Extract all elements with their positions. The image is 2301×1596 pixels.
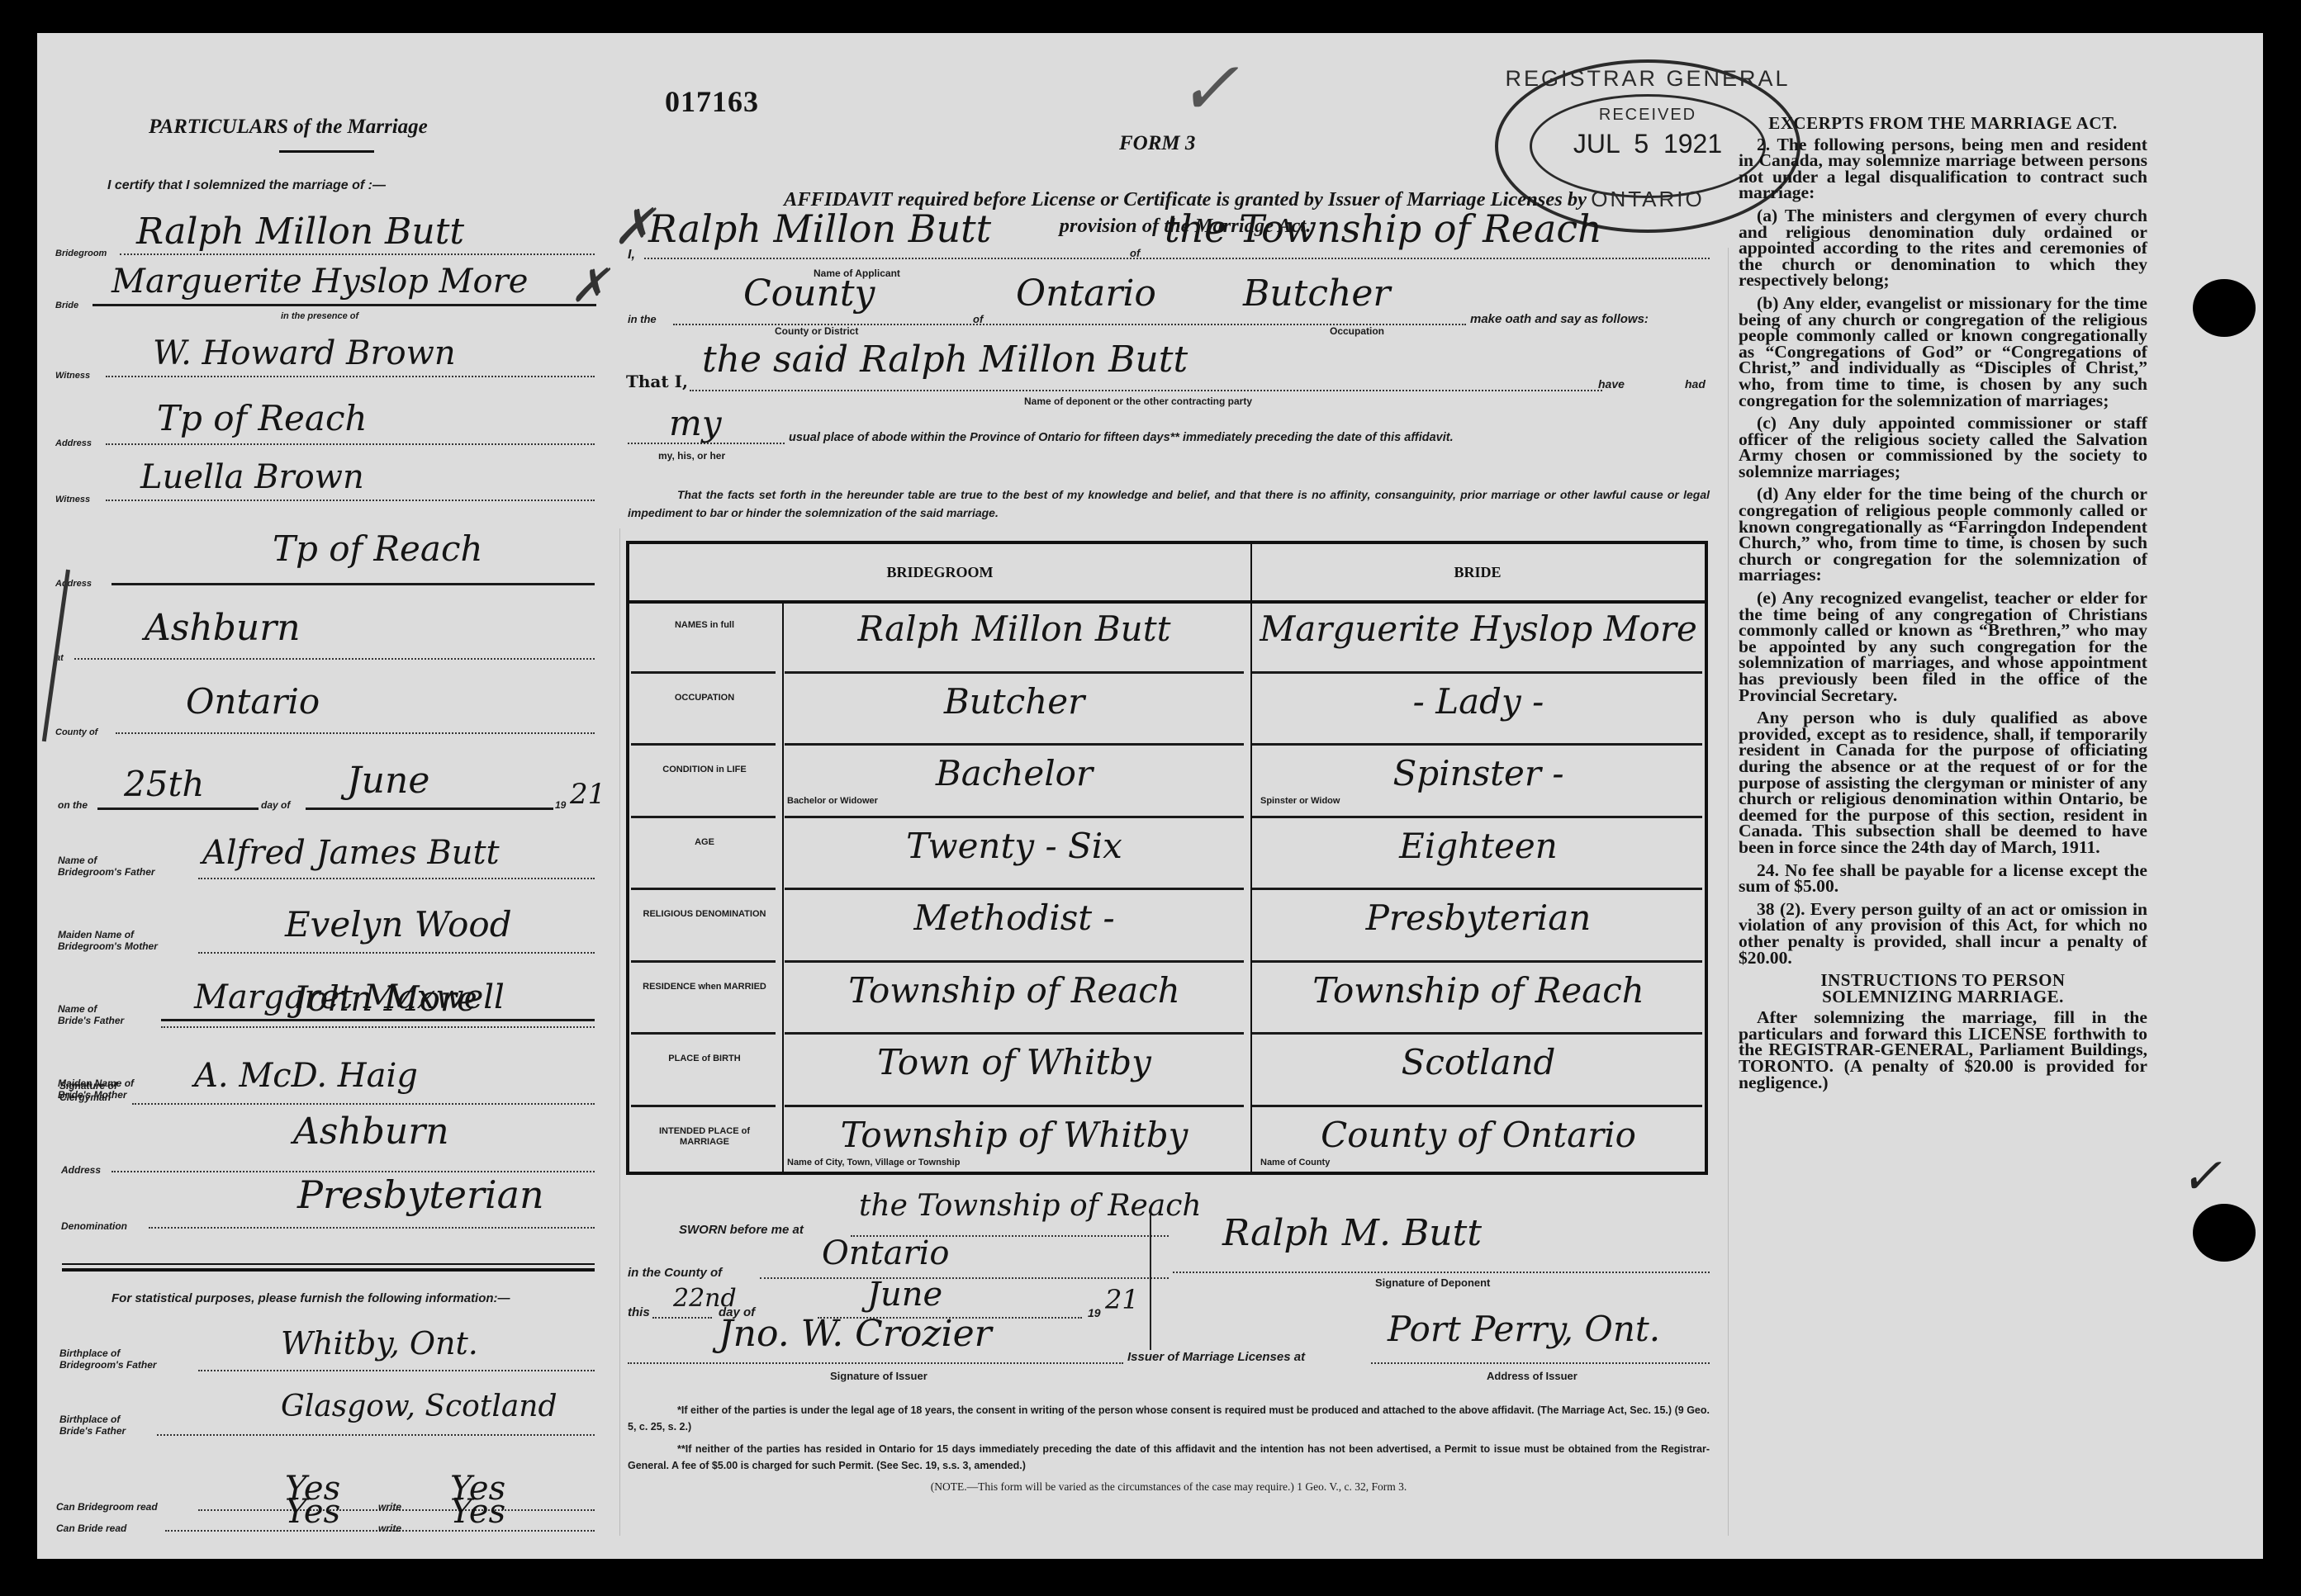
table-row-rule	[785, 816, 1244, 818]
occupation-sublabel: Occupation	[1330, 326, 1384, 337]
applicant-place[interactable]: the Township of Reach	[1165, 206, 1602, 251]
issuer-signature[interactable]: Jno. W. Crozier	[719, 1313, 992, 1355]
denomination-line	[149, 1227, 595, 1229]
deponent-line	[690, 390, 1602, 391]
issuer-signature-line	[628, 1362, 1123, 1364]
table-row-rule	[1252, 743, 1702, 746]
bride-read-value[interactable]: Yes	[285, 1493, 340, 1531]
label-col-divider	[782, 604, 784, 1172]
day-of-label: day of	[261, 799, 290, 811]
bridegroom-label: Bridegroom	[55, 248, 107, 259]
issuer-address[interactable]: Port Perry, Ont.	[1388, 1309, 1660, 1349]
applicant-name[interactable]: Ralph Millon Butt	[648, 206, 991, 251]
form-label: FORM 3	[1119, 132, 1195, 155]
table-row-rule	[631, 743, 776, 746]
stat-groom-father-label2: Bridegroom's Father	[59, 1359, 157, 1371]
sworn-county[interactable]: Ontario	[822, 1234, 949, 1272]
double-rule-thick	[62, 1268, 595, 1272]
check-mark-top: ✓	[1177, 45, 1239, 132]
stamp-top-text: REGISTRAR GENERAL	[1498, 66, 1797, 92]
table-cell-groom[interactable]: Butcher	[791, 681, 1237, 722]
address1-label: Address	[55, 438, 92, 449]
table-row-rule	[1252, 1105, 1702, 1107]
stat-bride-father-line	[157, 1434, 595, 1436]
groom-father-label: Name ofBridegroom's Father	[58, 855, 155, 878]
title-rule	[279, 150, 374, 153]
table-cell-bride[interactable]: County of Ontario	[1255, 1115, 1701, 1155]
header-rule	[629, 600, 1705, 604]
address2-value[interactable]: Tp of Reach	[273, 528, 483, 569]
groom-mother-label: Maiden Name ofBridegroom's Mother	[58, 929, 158, 952]
left-column-divider	[619, 528, 620, 1536]
table-row-rule	[785, 671, 1244, 674]
stat-groom-father-line	[198, 1370, 595, 1371]
table-hint-groom: Name of City, Town, Village or Township	[787, 1158, 960, 1168]
table-hint-bride: Name of County	[1260, 1158, 1330, 1168]
deponent-signature-line	[1173, 1272, 1710, 1273]
particulars-title: PARTICULARS of the Marriage	[149, 116, 428, 139]
deponent-signature[interactable]: Ralph M. Butt	[1222, 1212, 1482, 1254]
certify-text: I certify that I solemnized the marriage…	[107, 180, 386, 192]
witness2-label: Witness	[55, 494, 90, 505]
issuer-address-line	[1371, 1362, 1710, 1364]
bride-father-label1: Name of	[58, 1003, 124, 1015]
table-row-label: RESIDENCE when MARRIED	[643, 982, 766, 992]
footnote-note: (NOTE.—This form will be varied as the c…	[628, 1480, 1710, 1494]
table-row-rule	[1252, 816, 1702, 818]
clergyman-label: Signature ofClergyman	[59, 1080, 117, 1103]
address1-value[interactable]: Tp of Reach	[157, 398, 368, 438]
table-row-rule	[785, 1105, 1244, 1107]
right-column-divider	[1728, 248, 1729, 1536]
header-divider	[1250, 544, 1252, 600]
applicant-of-label: of	[1130, 248, 1140, 259]
groom-mother-line	[198, 952, 595, 954]
county-line	[116, 732, 595, 734]
table-row-rule	[1252, 1032, 1702, 1035]
form-number: 017163	[665, 84, 759, 119]
punch-hole-bottom	[2193, 1204, 2256, 1262]
bride-mother-line	[161, 1019, 595, 1021]
table-row-label: OCCUPATION	[643, 693, 766, 703]
that-i-label: That I,	[626, 372, 688, 391]
excerpt-residence: Any person who is duly qualified as abov…	[1739, 710, 2147, 855]
in-presence-label: in the presence of	[281, 310, 358, 322]
table-cell-bride[interactable]: Eighteen	[1255, 826, 1701, 866]
bride-literacy-label: Can Bride read	[56, 1523, 126, 1534]
excerpts-panel: EXCERPTS FROM THE MARRIAGE ACT. 2. The f…	[1739, 116, 2147, 1097]
sworn-month[interactable]: June	[867, 1276, 942, 1314]
bride-father-label2: Bride's Father	[58, 1015, 124, 1026]
affidavit-of-label: of	[973, 314, 983, 325]
stat-bride-father-label2: Bride's Father	[59, 1425, 126, 1437]
in-the-label: in the	[628, 314, 657, 325]
table-row-rule	[631, 888, 776, 890]
groom-mother-value[interactable]: Evelyn Wood	[285, 904, 512, 945]
sworn-bracket	[1150, 1214, 1151, 1350]
excerpts-title: EXCERPTS FROM THE MARRIAGE ACT.	[1739, 116, 2147, 132]
bride-label: Bride	[55, 300, 78, 311]
applicant-line	[644, 258, 1710, 259]
county-value[interactable]: Ontario	[186, 681, 320, 722]
month-line	[306, 807, 553, 810]
statistical-note: For statistical purposes, please furnish…	[62, 1290, 595, 1308]
double-rule-thin	[62, 1263, 595, 1265]
year-prefix: 19	[555, 799, 566, 811]
excerpt-d: (d) Any elder for the time being of the …	[1739, 486, 2147, 584]
marriage-day[interactable]: 25th	[124, 764, 204, 804]
table-header-bride: BRIDE	[1250, 544, 1705, 600]
stat-bride-father-label1: Birthplace of	[59, 1414, 126, 1425]
clergyman-line	[132, 1103, 595, 1105]
bride-write-label: write	[378, 1523, 401, 1534]
cross-mark-bride: ✗	[570, 259, 609, 313]
clergy-address-label: Address	[61, 1164, 101, 1176]
clergyman-label1: Signature of	[59, 1080, 117, 1092]
sworn-year-prefix: 19	[1088, 1307, 1101, 1319]
affidavit-county[interactable]: County	[743, 272, 875, 315]
instructions-text: After solemnizing the marriage, fill in …	[1739, 1010, 2147, 1091]
affidavit-occupation[interactable]: Butcher	[1243, 272, 1390, 315]
table-cell-bride[interactable]: Scotland	[1255, 1042, 1701, 1082]
groom-father-line	[198, 878, 595, 879]
table-cell-groom[interactable]: Ralph Millon Butt	[791, 609, 1237, 649]
deponent-name[interactable]: the said Ralph Millon Butt	[702, 339, 1188, 381]
sworn-day-line	[652, 1317, 712, 1319]
bridegroom-line	[120, 253, 595, 255]
sworn-county-line	[760, 1277, 1169, 1279]
excerpt-c: (c) Any duly appointed commissioner or s…	[1739, 415, 2147, 480]
table-cell-bride[interactable]: Presbyterian	[1255, 897, 1701, 938]
on-the-label: on the	[58, 799, 88, 811]
sworn-label: SWORN before me at	[679, 1224, 804, 1236]
footnote-residence: **If neither of the parties has resided …	[628, 1441, 1710, 1474]
county-of-label: in the County of	[628, 1267, 722, 1279]
groom-mother-label1: Maiden Name of	[58, 929, 158, 940]
this-label: this	[628, 1307, 650, 1319]
clergyman-value[interactable]: A. McD. Haig	[194, 1057, 418, 1095]
affidavit-county-name[interactable]: Ontario	[1016, 272, 1156, 315]
table-row-label: PLACE of BIRTH	[643, 1054, 766, 1064]
table-cell-groom[interactable]: Methodist -	[791, 897, 1237, 938]
table-row-rule	[785, 960, 1244, 963]
bride-write-value[interactable]: Yes	[450, 1493, 505, 1531]
table-row-rule	[631, 1032, 776, 1035]
abode-sublabel: my, his, or her	[658, 451, 725, 462]
groom-mother-label2: Bridegroom's Mother	[58, 940, 158, 952]
table-row-label: INTENDED PLACE of MARRIAGE	[643, 1126, 766, 1148]
bride-father-label: Name ofBride's Father	[58, 1003, 124, 1026]
table-cell-groom[interactable]: Township of Reach	[791, 970, 1237, 1011]
excerpt-e: (e) Any recognized evangelist, teacher o…	[1739, 590, 2147, 703]
witness2-line	[106, 500, 595, 501]
excerpt-sec38: 38 (2). Every person guilty of an act or…	[1739, 902, 2147, 966]
excerpt-b: (b) Any elder, evangelist or missionary …	[1739, 296, 2147, 409]
have-label: have	[1598, 378, 1625, 390]
stat-groom-father-label: Birthplace ofBridegroom's Father	[59, 1347, 157, 1371]
table-cell-groom[interactable]: Town of Whitby	[791, 1042, 1237, 1082]
stat-bride-father-label: Birthplace ofBride's Father	[59, 1414, 126, 1437]
issuer-at-label: Issuer of Marriage Licenses at	[1127, 1352, 1305, 1363]
bridegroom-value[interactable]: Ralph Millon Butt	[136, 211, 464, 253]
table-row-rule	[631, 671, 776, 674]
issuer-signature-label: Signature of Issuer	[830, 1371, 928, 1381]
table-cell-bride[interactable]: Township of Reach	[1255, 970, 1701, 1011]
witness2-value[interactable]: Luella Brown	[140, 458, 364, 496]
denomination-value[interactable]: Presbyterian	[297, 1172, 544, 1217]
table-row-rule	[785, 1032, 1244, 1035]
address2-line	[111, 583, 595, 585]
table-hint-groom: Bachelor or Widower	[787, 796, 878, 807]
witness1-value[interactable]: W. Howard Brown	[153, 334, 456, 372]
table-hint-bride: Spinster or Widow	[1260, 796, 1340, 807]
table-row-rule	[631, 1105, 776, 1107]
groom-father-label1: Name of	[58, 855, 155, 866]
abode-text: usual place of abode within the Province…	[789, 432, 1454, 443]
table-row-label: RELIGIOUS DENOMINATION	[643, 909, 766, 920]
excerpt-sec2: 2. The following persons, being men and …	[1739, 137, 2147, 201]
groom-father-value[interactable]: Alfred James Butt	[202, 834, 500, 872]
stat-bride-father-value[interactable]: Glasgow, Scotland	[281, 1390, 557, 1423]
table-row-rule	[785, 743, 1244, 746]
deponent-signature-label: Signature of Deponent	[1375, 1277, 1490, 1288]
check-mark-right: ✓	[2180, 1148, 2222, 1205]
day-line	[97, 807, 259, 810]
bride-father-line	[161, 1026, 595, 1028]
table-cell-bride[interactable]: Spinster -	[1255, 753, 1701, 793]
facts-text: That the facts set forth in the hereunde…	[628, 485, 1710, 522]
bride-mother-value[interactable]: Margaret Maxwell	[194, 978, 505, 1016]
table-cell-bride[interactable]: - Lady -	[1255, 681, 1701, 722]
excerpt-a: (a) The ministers and clergymen of every…	[1739, 208, 2147, 289]
groom-write-label: write	[378, 1501, 401, 1513]
at-value[interactable]: Ashburn	[145, 607, 301, 649]
instructions-title: INSTRUCTIONS TO PERSON SOLEMNIZING MARRI…	[1739, 973, 2147, 1005]
table-row-rule	[785, 888, 1244, 890]
address1-line	[106, 443, 595, 445]
marriage-year[interactable]: 21	[570, 778, 605, 811]
stat-groom-father-label1: Birthplace of	[59, 1347, 157, 1359]
issuer-address-label: Address of Issuer	[1487, 1371, 1577, 1381]
witness1-line	[106, 376, 595, 377]
denomination-label: Denomination	[61, 1220, 127, 1232]
table-cell-groom[interactable]: Twenty - Six	[791, 826, 1237, 866]
address2-label: Address	[55, 578, 92, 590]
deponent-sublabel: Name of deponent or the other contractin…	[1024, 396, 1252, 407]
sworn-year[interactable]: 21	[1105, 1284, 1139, 1315]
table-cell-groom[interactable]: Bachelor	[791, 753, 1237, 793]
table-row-label: CONDITION in LIFE	[643, 765, 766, 775]
punch-hole-top	[2193, 279, 2256, 337]
table-row-rule	[1252, 671, 1702, 674]
table-row-label: AGE	[643, 837, 766, 848]
bride-line	[93, 304, 596, 306]
had-label: had	[1685, 378, 1706, 390]
applicant-prefix: I,	[628, 249, 635, 261]
table-row-label: NAMES in full	[643, 620, 766, 631]
clergyman-label2: Clergyman	[59, 1092, 117, 1103]
table-header-bridegroom: BRIDEGROOM	[629, 544, 1250, 600]
abode-pronoun[interactable]: my	[669, 403, 722, 443]
groom-father-label2: Bridegroom's Father	[58, 866, 155, 878]
table-row-rule	[631, 816, 776, 818]
marriage-month[interactable]: June	[347, 760, 429, 802]
table-cell-bride[interactable]: Marguerite Hyslop More	[1255, 609, 1701, 649]
table-row-rule	[1252, 960, 1702, 963]
footnote-consent: *If either of the parties is under the l…	[628, 1402, 1710, 1435]
table-cell-groom[interactable]: Township of Whitby	[791, 1115, 1237, 1155]
table-row-rule	[1252, 888, 1702, 890]
bride-value[interactable]: Marguerite Hyslop More	[111, 263, 528, 301]
county-label: County of	[55, 727, 97, 738]
make-oath-label: make oath and say as follows:	[1470, 314, 1649, 325]
county-district-sublabel: County or District	[775, 326, 858, 337]
stat-groom-father-value[interactable]: Whitby, Ont.	[281, 1325, 478, 1362]
witness1-label: Witness	[55, 370, 90, 381]
groom-literacy-label: Can Bridegroom read	[56, 1501, 158, 1513]
at-line	[74, 658, 595, 660]
table-row-rule	[631, 960, 776, 963]
clergy-address-value[interactable]: Ashburn	[293, 1111, 449, 1153]
excerpt-sec24: 24. No fee shall be payable for a licens…	[1739, 863, 2147, 895]
